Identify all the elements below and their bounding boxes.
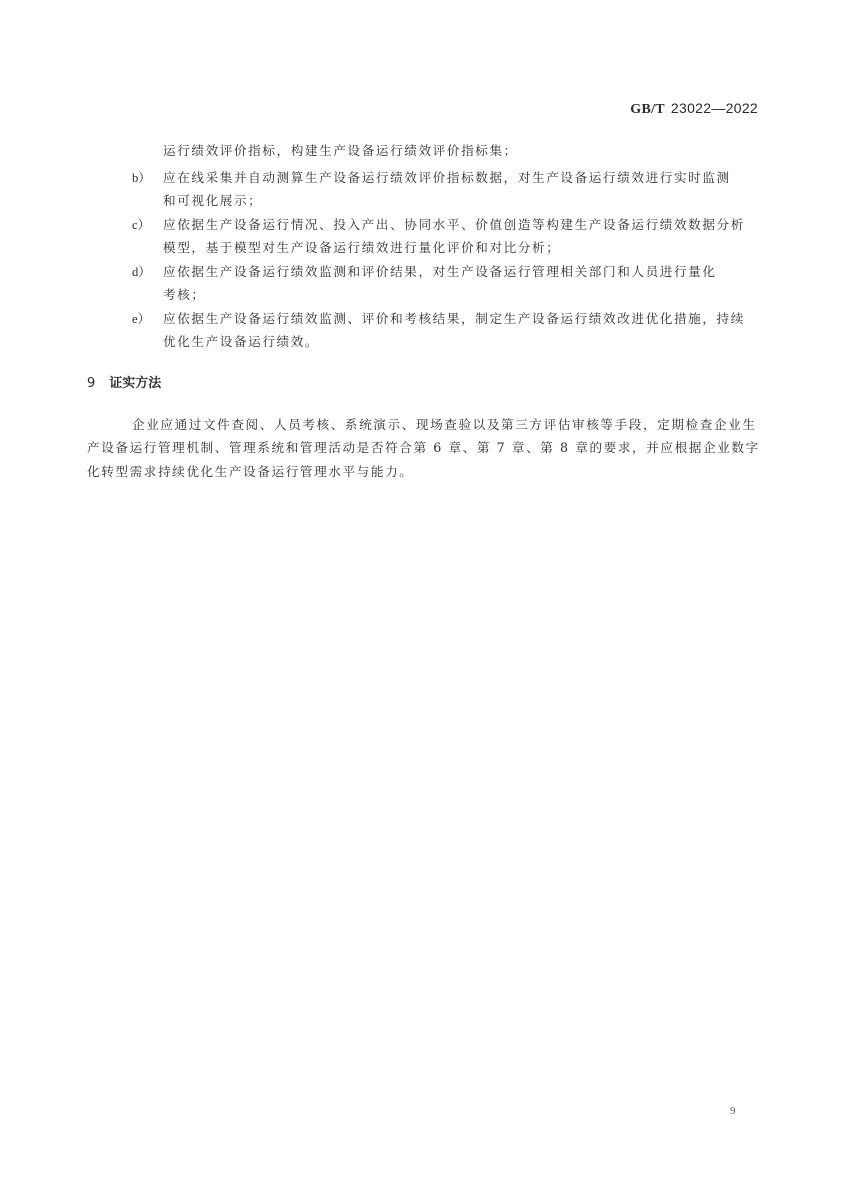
list-item-a-line-1: 运行绩效评价指标，构建生产设备运行绩效评价指标集； xyxy=(163,140,518,159)
section-paragraph-line-3: 化转型需求持续优化生产设备运行管理水平与能力。 xyxy=(87,461,413,480)
list-marker-e: e） xyxy=(132,308,150,327)
list-item-d-line-1: 应依据生产设备运行绩效监测和评价结果，对生产设备运行管理相关部门和人员进行量化 xyxy=(163,261,717,280)
list-item-e-line-1: 应依据生产设备运行绩效监测、评价和考核结果，制定生产设备运行绩效改进优化措施，持… xyxy=(163,308,745,327)
list-marker-c: c） xyxy=(132,214,150,233)
list-marker-b: b） xyxy=(132,167,151,186)
standard-number-header: GB/T23022—2022 xyxy=(630,100,758,118)
section-heading: 9证实方法 xyxy=(87,372,161,391)
page-number: 9 xyxy=(730,1105,736,1117)
section-number: 9 xyxy=(87,376,95,391)
list-item-c-line-1: 应依据生产设备运行情况、投入产出、协同水平、价值创造等构建生产设备运行绩效数据分… xyxy=(163,214,745,233)
list-marker-d: d） xyxy=(132,261,151,280)
list-item-b-line-1: 应在线采集并自动测算生产设备运行绩效评价指标数据，对生产设备运行绩效进行实时监测 xyxy=(163,167,731,186)
section-title: 证实方法 xyxy=(109,376,161,391)
standard-number: 23022—2022 xyxy=(671,100,758,116)
section-paragraph-line-1: 企业应通过文件查阅、人员考核、系统演示、现场查验以及第三方评估审核等手段，定期检… xyxy=(132,414,757,433)
standard-code: GB/T xyxy=(630,102,665,117)
list-item-c-line-2: 模型，基于模型对生产设备运行绩效进行量化评价和对比分析； xyxy=(163,237,560,256)
list-item-d-line-2: 考核； xyxy=(163,284,206,303)
list-item-b-line-2: 和可视化展示； xyxy=(163,190,262,209)
section-paragraph-line-2: 产设备运行管理机制、管理系统和管理活动是否符合第 6 章、第 7 章、第 8 章… xyxy=(87,437,760,456)
list-item-e-line-2: 优化生产设备运行绩效。 xyxy=(163,331,319,350)
